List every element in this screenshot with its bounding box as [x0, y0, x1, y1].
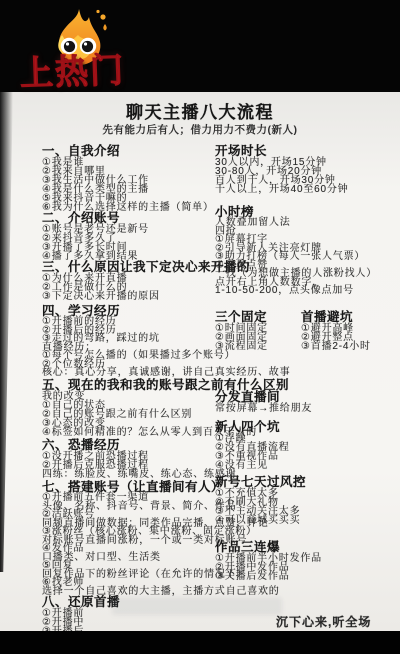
section-line: ③流程固定 [215, 342, 268, 351]
section-line: 四练：练脸皮、练嘴皮、练心态、练感谢 [42, 470, 236, 479]
doc-section: 二、介绍账号①账号是老号还是新号②来抖音多久了③开播了多长时间④播了多久拿到结果 [42, 212, 149, 261]
doc-section: 三个固定①时间固定②画面固定③流程固定首播避坑①避开高峰②避开整点③首播2-4小… [215, 311, 395, 353]
doc-section: 一、自我介绍①我是谁②我来自哪里③我生活中做什么工作④我是什么类型的主播⑤我来抖… [42, 145, 214, 212]
footer-note: 沉下心来,听全场 [276, 613, 371, 630]
doc-section: 分发直播间常按屏幕→推给朋友 [215, 391, 312, 413]
section-line: ④没有主见 [215, 461, 290, 470]
doc-section: 作品三连爆①开播前半小时发作品②开播中发作品③关播后发作品 [215, 541, 322, 581]
section-line: ③首播2-4小时 [301, 342, 371, 351]
section-line: 1-10-50-200，点头像点加号 [215, 287, 377, 296]
doc-subsection: 三个固定①时间固定②画面固定③流程固定 [215, 311, 268, 351]
doc-section: 新号七天过风控①不充值太多②不刷大礼物③不主动关注太多④可以商城买买买 [215, 476, 306, 525]
doc-section: 六、恐播经历①没开播之前恐播过程②开播后克服恐播过程四练：练脸皮、练嘴皮、练心态… [42, 439, 236, 479]
faint-watermark [112, 597, 282, 615]
section-line: ④可以商城买买买 [215, 516, 306, 525]
section-line: 人数叠加留人法 [215, 219, 377, 228]
doc-section: 开场时长30人以内，开场15分钟30-80人，开场20分钟百人到千人，开场30分… [215, 145, 348, 194]
hot-badge-label: 上热门 [19, 43, 126, 96]
doc-section: 八、还原首播①开播前②开播中③开播后 [42, 596, 120, 636]
doc-section: 新人四个坑①浮躁②没有直播流程③不重视作品④没有主见 [215, 421, 290, 470]
right-column: 开场时长30人以内，开场15分钟30-80人，开场20分钟百人到千人，开场30分… [215, 92, 395, 632]
section-line: 常按屏幕→推给朋友 [215, 404, 312, 413]
screenshot-root: 聊天主播八大流程 先有能力后有人；借力用力不费力(新人) 一、自我介绍①我是谁②… [0, 0, 400, 654]
section-line: 千人以上，开场40至60分钟 [215, 185, 348, 194]
hot-badge: 上热门 [18, 4, 158, 104]
doc-section: 小时榜人数叠加留人法四抢①屏幕打字②引导新人关注亮灯牌③助力打榜（每人一张人气票… [215, 206, 377, 296]
doc-subsection: 首播避坑①避开高峰②避开整点③首播2-4小时 [301, 311, 371, 351]
document-page: 聊天主播八大流程 先有能力后有人；借力用力不费力(新人) 一、自我介绍①我是谁②… [0, 92, 400, 632]
bottom-letterbox [0, 631, 400, 654]
section-line: ③关播后发作品 [215, 572, 322, 581]
